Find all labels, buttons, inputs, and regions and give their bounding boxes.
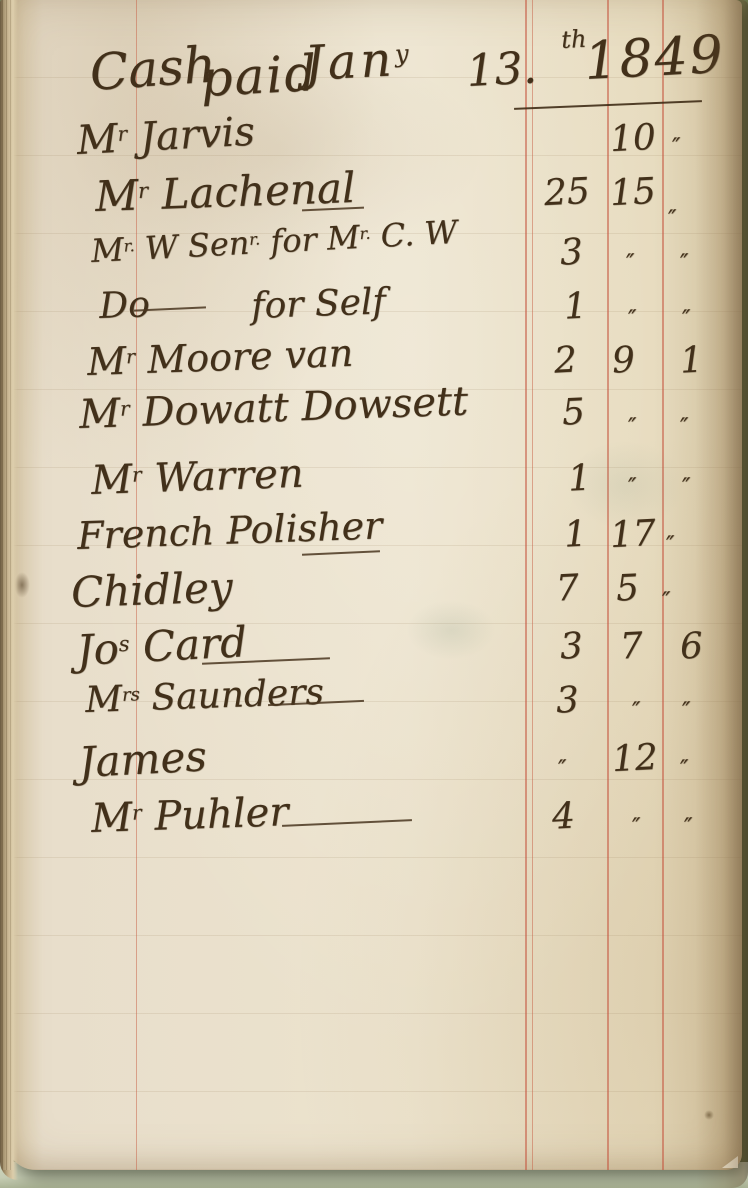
amount-pounds: 1 <box>563 513 588 555</box>
amount-pounds: 2 <box>553 339 578 381</box>
amount-pounds: 3 <box>559 625 584 667</box>
entry-name: Mr Lachenal <box>94 163 356 221</box>
amount-shillings: 7 <box>619 625 644 667</box>
amount-pounds: 3 <box>559 231 584 273</box>
scanned-ledger-photo: CashpaidJany13.th1849 Mr Jarvis10″Mr Lac… <box>0 0 748 1188</box>
entry-name: Chidley <box>70 562 233 617</box>
amount-shillings: 5 <box>615 567 640 609</box>
amount-shillings: 15 <box>609 171 657 214</box>
title-word: Jany <box>303 30 414 92</box>
amount-shillings: 9 <box>611 339 636 381</box>
entry-name: James <box>77 731 208 787</box>
entry-name: Mrs Saunders <box>85 672 325 721</box>
page-curvature-shadow <box>696 0 748 1188</box>
entry-name: Mr Jarvis <box>76 109 256 164</box>
amount-pounds: 4 <box>551 795 576 837</box>
entry-name: Mr Warren <box>90 451 304 504</box>
amount-pounds: 1 <box>563 285 588 327</box>
ledger-paper: CashpaidJany13.th1849 Mr Jarvis10″Mr Lac… <box>6 0 742 1170</box>
amount-pounds: 7 <box>555 567 580 609</box>
amount-pounds: 3 <box>555 679 580 721</box>
entry-name: Mr Moore van <box>86 331 353 384</box>
red-rule-cash-double-a <box>525 0 527 1170</box>
entry-name: Jos Card <box>75 617 248 675</box>
title-word: paid <box>199 44 320 108</box>
entry-name-continued: for Self <box>251 281 387 327</box>
entry-name: Mr Puhler <box>90 789 289 842</box>
amount-shillings: 17 <box>609 513 657 556</box>
stacked-pages-edge <box>2 0 14 1170</box>
red-rule-cash-double-b <box>532 0 533 1170</box>
amount-pounds: 1 <box>567 457 592 499</box>
book-spine-edge <box>0 0 18 1180</box>
entry-name: Do <box>99 284 151 327</box>
amount-shillings: 10 <box>609 117 657 160</box>
paper-smudge <box>406 600 496 660</box>
title-word: Cash <box>88 35 218 102</box>
title-word: 13. <box>465 42 538 97</box>
amount-shillings: 12 <box>611 737 659 780</box>
amount-pounds: 5 <box>561 391 586 433</box>
amount-pounds: 25 <box>543 171 591 214</box>
